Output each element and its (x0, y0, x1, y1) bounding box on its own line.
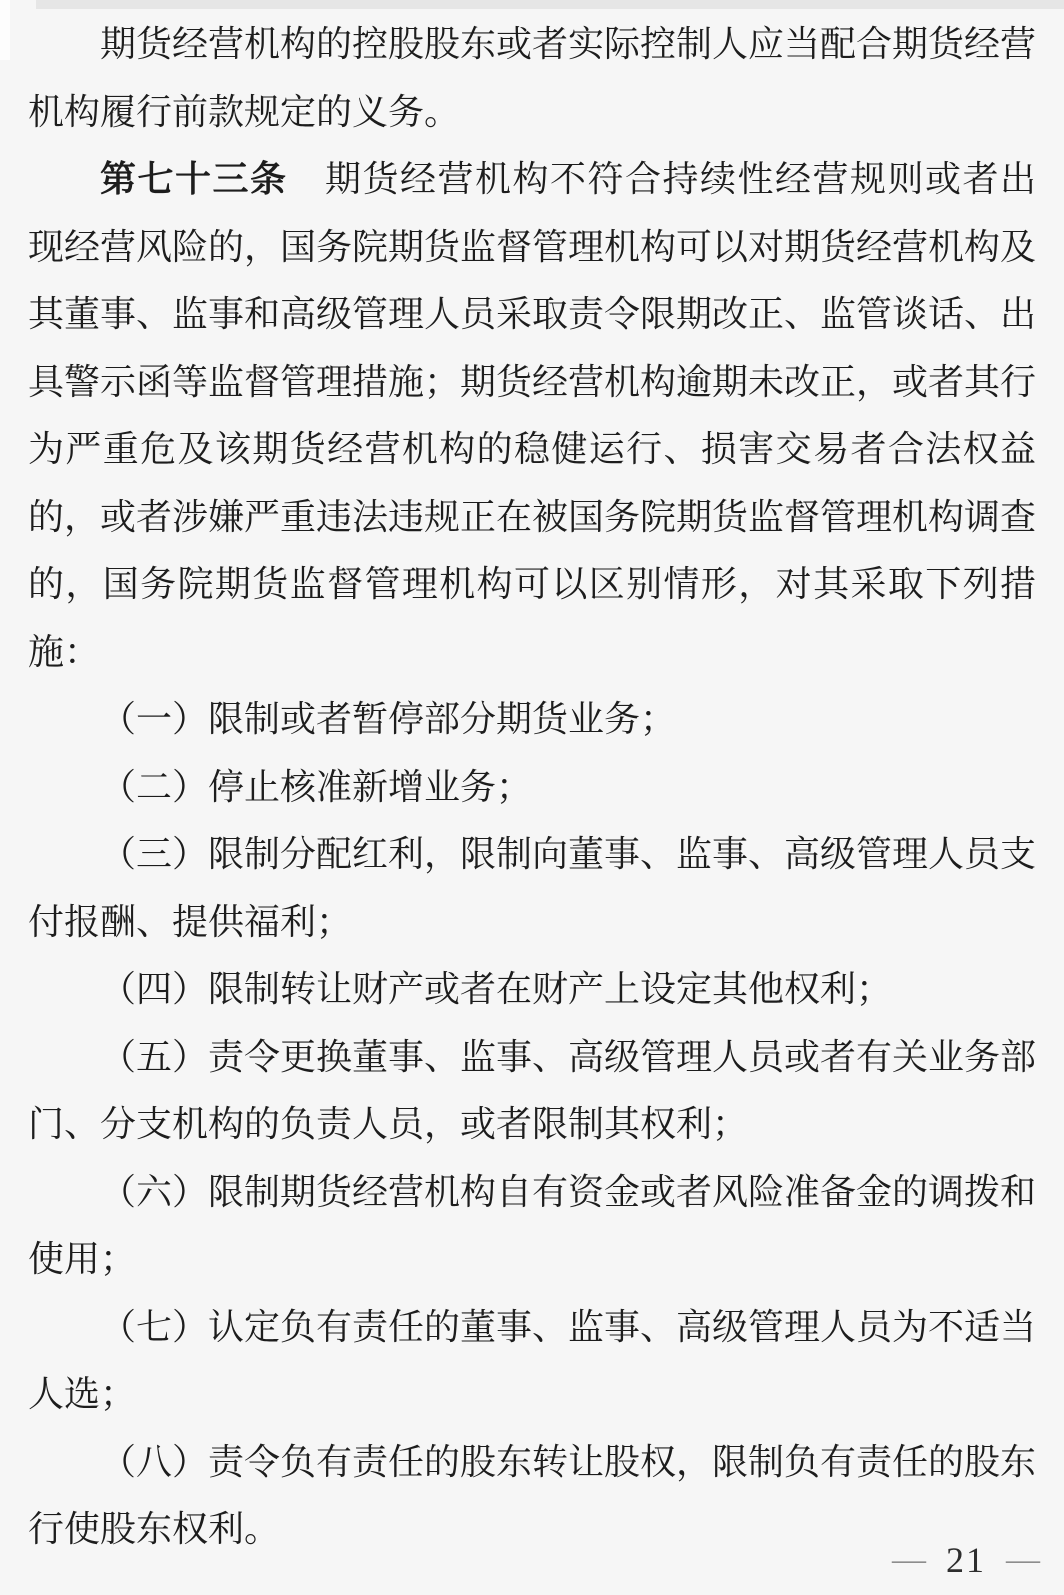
paragraph: （三）限制分配红利，限制向董事、监事、高级管理人员支付报酬、提供福利； (28, 821, 1036, 956)
scan-top-edge-artifact (36, 0, 1064, 9)
text-segment: （三）限制分配红利，限制向董事、监事、高级管理人员支付报酬、提供福利； (28, 834, 1036, 942)
page-footer: — 21 — (892, 1539, 1040, 1581)
text-segment: 期货经营机构不符合持续性经营规则或者出现经营风险的，国务院期货监督管理机构可以对… (28, 159, 1036, 672)
footer-dash-left: — (892, 1541, 926, 1579)
paragraph: （二）停止核准新增业务； (28, 754, 1036, 822)
paragraph: （五）责令更换董事、监事、高级管理人员或者有关业务部门、分支机构的负责人员，或者… (28, 1024, 1036, 1159)
paragraph: （七）认定负有责任的董事、监事、高级管理人员为不适当人选； (28, 1294, 1036, 1429)
scan-left-edge-artifact (0, 0, 10, 60)
document-body: 期货经营机构的控股股东或者实际控制人应当配合期货经营机构履行前款规定的义务。第七… (28, 11, 1036, 1564)
text-segment: （五）责令更换董事、监事、高级管理人员或者有关业务部门、分支机构的负责人员，或者… (28, 1037, 1036, 1145)
article-number: 第七十三条 (100, 159, 288, 199)
text-segment: （一）限制或者暂停部分期货业务； (100, 699, 676, 739)
paragraph: 第七十三条 期货经营机构不符合持续性经营规则或者出现经营风险的，国务院期货监督管… (28, 146, 1036, 686)
text-segment: （七）认定负有责任的董事、监事、高级管理人员为不适当人选； (28, 1307, 1036, 1415)
text-segment: （八）责令负有责任的股东转让股权，限制负有责任的股东行使股东权利。 (28, 1442, 1036, 1550)
paragraph: （八）责令负有责任的股东转让股权，限制负有责任的股东行使股东权利。 (28, 1429, 1036, 1564)
paragraph: （四）限制转让财产或者在财产上设定其他权利； (28, 956, 1036, 1024)
page-number: 21 (946, 1539, 986, 1581)
text-segment: 期货经营机构的控股股东或者实际控制人应当配合期货经营机构履行前款规定的义务。 (28, 24, 1036, 132)
paragraph: 期货经营机构的控股股东或者实际控制人应当配合期货经营机构履行前款规定的义务。 (28, 11, 1036, 146)
text-segment: （四）限制转让财产或者在财产上设定其他权利； (100, 969, 892, 1009)
text-segment: （二）停止核准新增业务； (100, 767, 532, 807)
footer-dash-right: — (1006, 1541, 1040, 1579)
paragraph: （一）限制或者暂停部分期货业务； (28, 686, 1036, 754)
text-segment: （六）限制期货经营机构自有资金或者风险准备金的调拨和使用； (28, 1172, 1036, 1280)
document-page: 期货经营机构的控股股东或者实际控制人应当配合期货经营机构履行前款规定的义务。第七… (0, 0, 1064, 1595)
paragraph: （六）限制期货经营机构自有资金或者风险准备金的调拨和使用； (28, 1159, 1036, 1294)
